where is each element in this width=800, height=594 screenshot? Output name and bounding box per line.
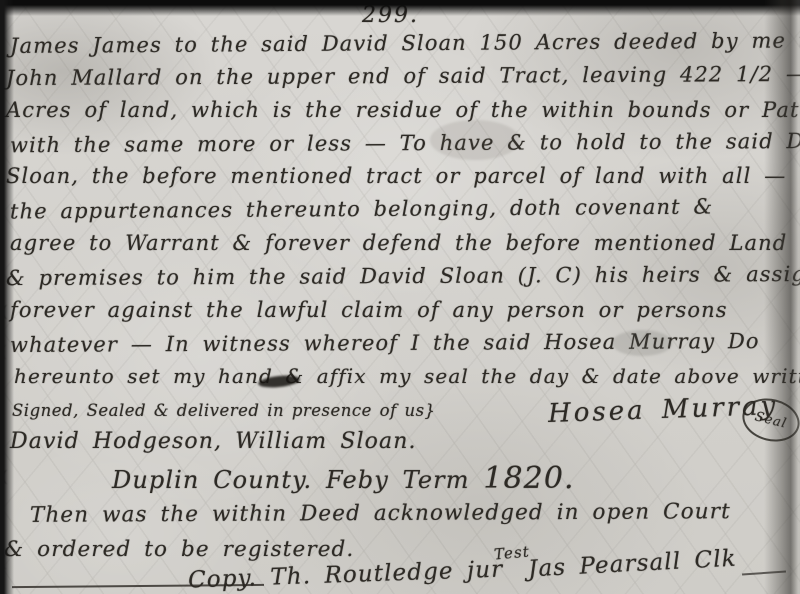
deed-line: Sloan, the before mentioned tract or par… <box>6 164 786 188</box>
deed-line: forever against the lawful claim of any … <box>10 298 728 322</box>
deed-line: Acres of land, which is the residue of t… <box>6 98 800 122</box>
county-term-line: Duplin County. Feby Term 1820. <box>112 461 575 496</box>
copyist-line: Copy. Th. Routledge jur <box>188 557 504 594</box>
acknowledgment-line: Then was the within Deed acknowledged in… <box>30 499 731 528</box>
witness-names: David Hodgeson, William Sloan. <box>10 429 417 454</box>
county-term-text: Duplin County. Feby Term <box>112 466 470 494</box>
deed-line: agree to Warrant & forever defend the be… <box>10 231 787 255</box>
deed-line: & premises to him the said David Sloan (… <box>6 262 800 290</box>
scan-edge-top <box>0 0 800 16</box>
registration-line: & ordered to be registered. <box>4 537 354 562</box>
deed-line: hereunto set my hand & affix my seal the… <box>14 364 800 388</box>
deed-line: James James to the said David Sloan 150 … <box>10 28 800 58</box>
faint-smudge <box>612 330 672 356</box>
attestation-line: Signed, Sealed & delivered in presence o… <box>12 401 436 420</box>
scan-edge-left <box>0 0 14 594</box>
clerk-signature: Jas Pearsall Clk <box>527 546 737 583</box>
term-year: 1820. <box>483 461 574 496</box>
deed-line: the appurtenances thereunto belonging, d… <box>10 195 713 224</box>
scanned-deed-page: 299. James James to the said David Sloan… <box>0 0 800 594</box>
deed-line: with the same more or less — To have & t… <box>10 129 800 157</box>
scan-gutter-right <box>764 0 800 594</box>
deed-line: John Mallard on the upper end of said Tr… <box>6 62 800 90</box>
faint-smudge <box>430 120 520 160</box>
